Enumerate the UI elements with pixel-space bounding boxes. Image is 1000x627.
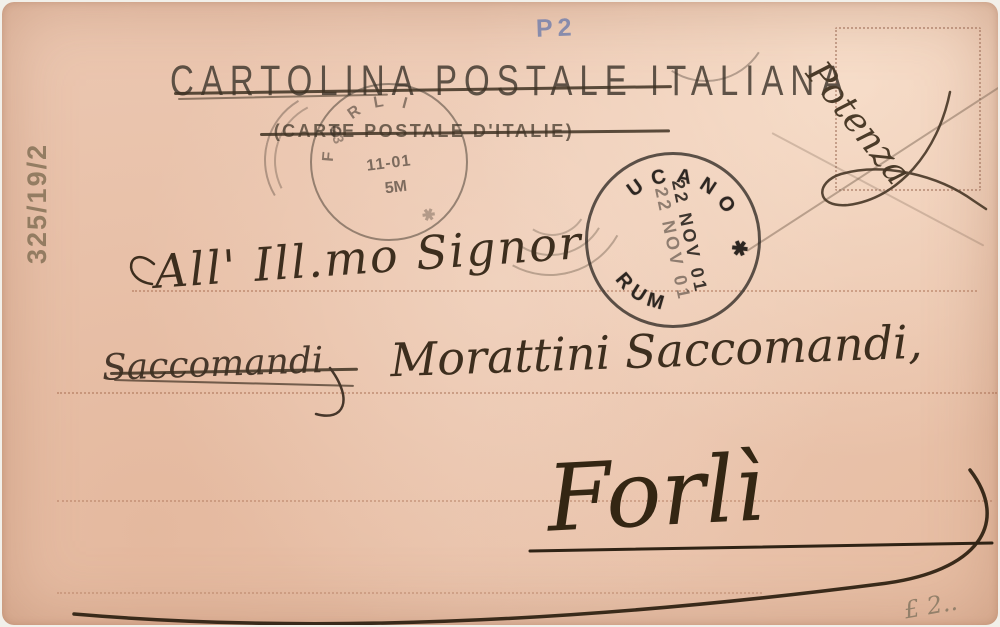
handwritten-destination: Forlì: [544, 434, 766, 552]
printed-address-line: [57, 500, 992, 502]
printed-address-line: [57, 392, 997, 394]
forli-underline-flourish: [74, 470, 987, 624]
margin-catalog-number: 325/19/2: [22, 143, 53, 264]
printed-address-line: [57, 592, 762, 594]
blue-pencil-note: P2: [536, 13, 578, 43]
muro-lucano-origin-postmark: UCANO MUR ✱ 22 NOV 01 22 NOV 01: [585, 152, 761, 328]
price-pencil-note: £ 2..: [902, 588, 959, 625]
postcard-back: CARTOLINA POSTALE ITALIANA (CARTE POSTAL…: [2, 2, 998, 625]
salutation-initial-flourish: [131, 257, 154, 284]
forli-arrival-postmark: FORLI ✱ 23 11-01 5M: [310, 83, 468, 241]
muro-postmark-date: 22 NOV 01 22 NOV 01: [572, 139, 774, 341]
